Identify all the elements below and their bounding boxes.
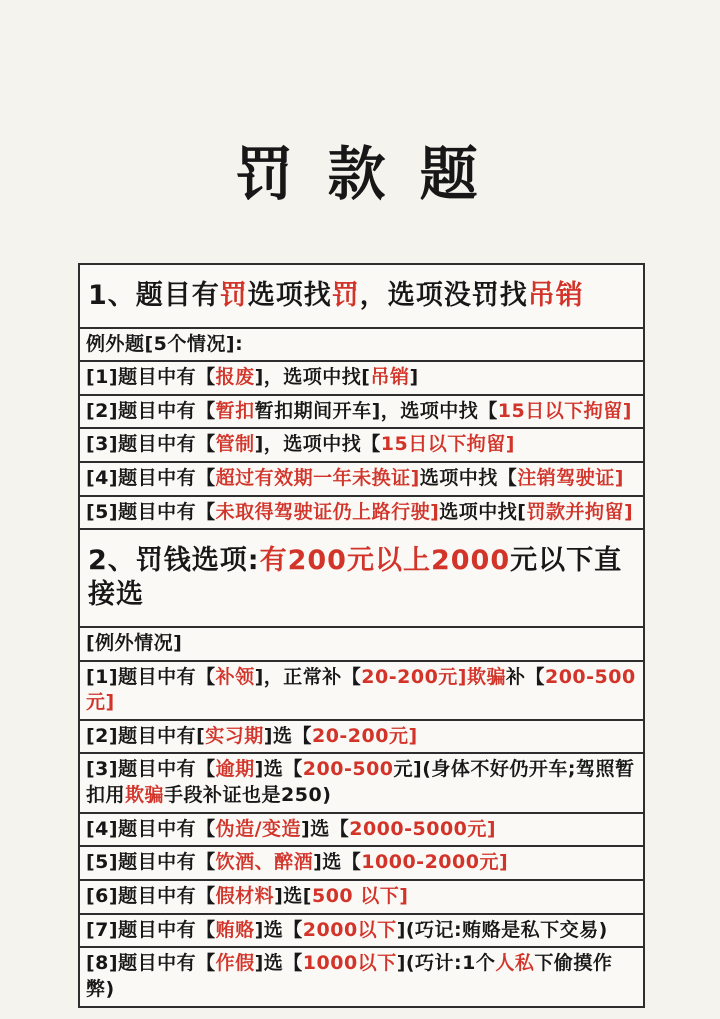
table-row: [1]题目中有【补领]，正常补【20-200元]欺骗补【200-500元] — [80, 660, 643, 719]
highlight-text-segment: 20-200元] — [312, 725, 418, 747]
text-segment: ，选项没罚找 — [360, 280, 528, 311]
text-segment: 补【 — [506, 666, 545, 688]
text-segment: ]选【 — [255, 758, 303, 780]
text-segment: 例外题[5个情况]: — [86, 333, 243, 355]
text-segment: 手段补证也是250) — [164, 784, 331, 806]
text-segment: ]，选项中找[ — [255, 366, 371, 388]
highlight-text-segment: 罚款并拘留] — [526, 501, 633, 523]
table-row: [8]题目中有【作假]选【1000以下](巧计:1个人私下偷摸作弊) — [80, 946, 643, 1005]
text-segment: 2、罚钱选项: — [88, 545, 260, 576]
text-segment: [5]题目中有【 — [86, 851, 216, 873]
highlight-text-segment: 罚 — [220, 280, 248, 311]
text-segment: [例外情况] — [86, 632, 182, 654]
text-segment: ]，正常补【 — [255, 666, 362, 688]
text-segment: ](巧计:1个 — [397, 952, 496, 974]
highlight-text-segment: 注销驾驶证] — [517, 467, 624, 489]
text-segment: ]选【 — [264, 725, 312, 747]
table-row: [6]题目中有【假材料]选[500 以下] — [80, 879, 643, 913]
text-segment: 选项中找【 — [420, 467, 518, 489]
table-row: [2]题目中有[实习期]选【20-200元] — [80, 719, 643, 753]
highlight-text-segment: 作假 — [216, 952, 255, 974]
highlight-text-segment: 有200元以上2000 — [260, 545, 511, 576]
text-segment: [2]题目中有[ — [86, 725, 205, 747]
text-segment: 暂扣期间开车]，选项中找【 — [255, 400, 498, 422]
highlight-text-segment: 罚 — [332, 280, 360, 311]
section-header-row: 1、题目有罚选项找罚，选项没罚找吊销 — [80, 265, 643, 327]
study-sheet-page: 罚 款 题 1、题目有罚选项找罚，选项没罚找吊销例外题[5个情况]:[1]题目中… — [0, 143, 720, 1008]
text-segment: [3]题目中有【 — [86, 433, 216, 455]
highlight-text-segment: 500 以下] — [312, 885, 408, 907]
text-segment: ](巧记:贿赂是私下交易) — [397, 919, 608, 941]
highlight-text-segment: 饮酒、醉酒 — [216, 851, 314, 873]
highlight-text-segment: 1000-2000元] — [361, 851, 508, 873]
table-row: [4]题目中有【伪造/变造]选【2000-5000元] — [80, 812, 643, 846]
highlight-text-segment: 15日以下拘留] — [498, 400, 632, 422]
table-row: [例外情况] — [80, 626, 643, 660]
highlight-text-segment: 暂扣 — [216, 400, 255, 422]
rules-table: 1、题目有罚选项找罚，选项没罚找吊销例外题[5个情况]:[1]题目中有【报废]，… — [78, 263, 645, 1008]
text-segment: ]选【 — [313, 851, 361, 873]
highlight-text-segment: 吊销 — [528, 280, 584, 311]
text-segment: 选项找 — [248, 280, 332, 311]
text-segment: 1、题目有 — [88, 280, 220, 311]
highlight-text-segment: 管制 — [216, 433, 255, 455]
table-row: [7]题目中有【贿赂]选【2000以下](巧记:贿赂是私下交易) — [80, 913, 643, 947]
highlight-text-segment: 贿赂 — [216, 919, 255, 941]
highlight-text-segment: 欺骗 — [125, 784, 164, 806]
highlight-text-segment: 人私 — [495, 952, 534, 974]
table-row: [2]题目中有【暂扣暂扣期间开车]，选项中找【15日以下拘留] — [80, 394, 643, 428]
highlight-text-segment: 2000-5000元] — [349, 818, 496, 840]
highlight-text-segment: 补领 — [216, 666, 255, 688]
highlight-text-segment: 超过有效期一年未换证] — [216, 467, 420, 489]
text-segment: [3]题目中有【 — [86, 758, 216, 780]
highlight-text-segment: 假材料 — [216, 885, 275, 907]
highlight-text-segment: 报废 — [216, 366, 255, 388]
table-row: [5]题目中有【饮酒、醉酒]选【1000-2000元] — [80, 845, 643, 879]
text-segment: [4]题目中有【 — [86, 818, 216, 840]
highlight-text-segment: 2000以下 — [303, 919, 397, 941]
table-row: [3]题目中有【逾期]选【200-500元](身体不好仍开车;驾照暂扣用欺骗手段… — [80, 752, 643, 811]
text-segment: [8]题目中有【 — [86, 952, 216, 974]
text-segment: ]选【 — [255, 919, 303, 941]
text-segment: [4]题目中有【 — [86, 467, 216, 489]
table-row: [4]题目中有【超过有效期一年未换证]选项中找【注销驾驶证] — [80, 461, 643, 495]
highlight-text-segment: 实习期 — [205, 725, 264, 747]
text-segment: [6]题目中有【 — [86, 885, 216, 907]
text-segment: [2]题目中有【 — [86, 400, 216, 422]
text-segment: ]选【 — [301, 818, 349, 840]
table-row: [3]题目中有【管制]，选项中找【15日以下拘留] — [80, 427, 643, 461]
page-title: 罚 款 题 — [0, 143, 720, 207]
text-segment: ]，选项中找【 — [255, 433, 381, 455]
highlight-text-segment: 逾期 — [216, 758, 255, 780]
text-segment: [1]题目中有【 — [86, 666, 216, 688]
text-segment: [5]题目中有【 — [86, 501, 216, 523]
text-segment: ]选【 — [255, 952, 303, 974]
table-row: 例外题[5个情况]: — [80, 327, 643, 361]
highlight-text-segment: 15日以下拘留] — [381, 433, 515, 455]
highlight-text-segment: 伪造/变造 — [216, 818, 301, 840]
table-row: [1]题目中有【报废]，选项中找[吊销] — [80, 360, 643, 394]
highlight-text-segment: 吊销 — [370, 366, 409, 388]
text-segment: ]选[ — [274, 885, 312, 907]
highlight-text-segment: 200-500 — [303, 758, 394, 780]
text-segment: [1]题目中有【 — [86, 366, 216, 388]
table-row: [5]题目中有【未取得驾驶证仍上路行驶]选项中找[罚款并拘留] — [80, 495, 643, 529]
highlight-text-segment: 20-200元]欺骗 — [361, 666, 506, 688]
text-segment: 选项中找[ — [439, 501, 526, 523]
section-header-row: 2、罚钱选项:有200元以上2000元以下直接选 — [80, 528, 643, 626]
highlight-text-segment: 未取得驾驶证仍上路行驶] — [216, 501, 440, 523]
text-segment: [7]题目中有【 — [86, 919, 216, 941]
highlight-text-segment: 1000以下 — [303, 952, 397, 974]
text-segment: ] — [410, 366, 419, 388]
